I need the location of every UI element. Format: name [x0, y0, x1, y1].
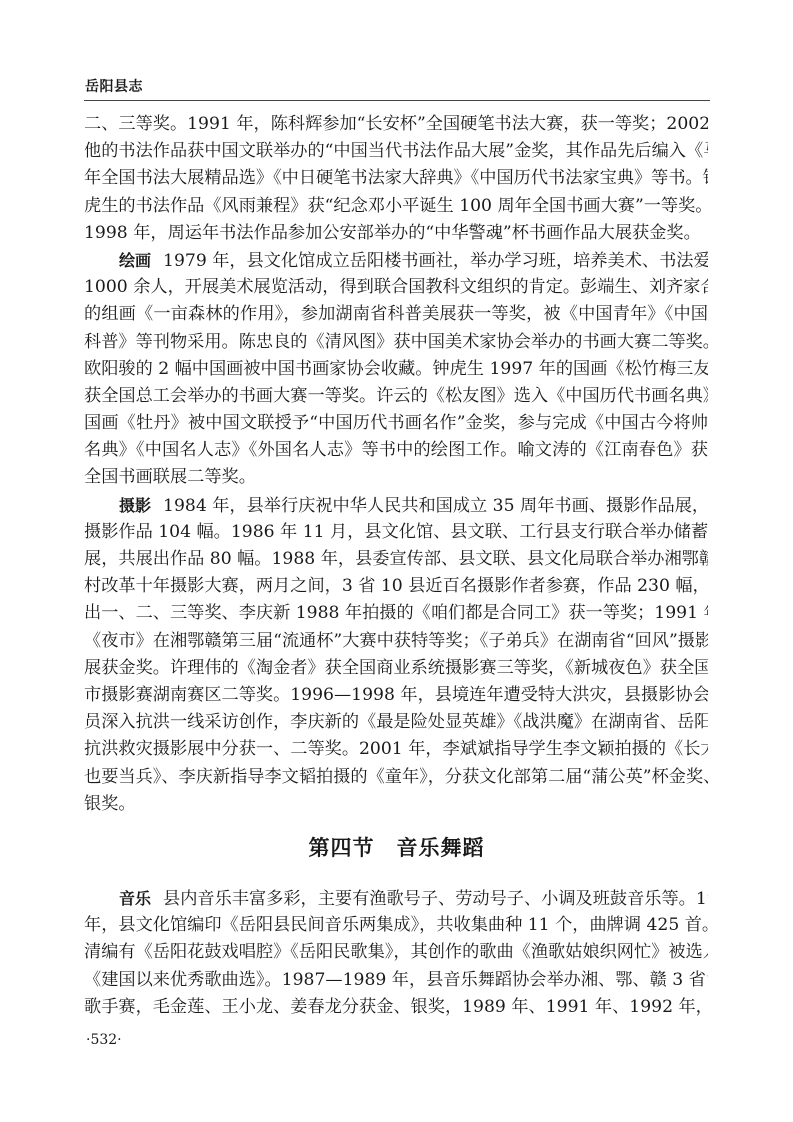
- paragraph-keyword: 摄影: [119, 496, 151, 515]
- text-line: 县内音乐丰富多彩，主要有渔歌号子、劳动号子、小调及班鼓音乐等。1985: [163, 889, 708, 909]
- body-text-lower: 音乐县内音乐丰富多彩，主要有渔歌号子、劳动号子、小调及班鼓音乐等。1985 年，…: [84, 885, 708, 1021]
- text-line: 获全国总工会举办的书画大赛一等奖。许云的《松友图》选入《中国历代书画名典》，: [84, 383, 708, 410]
- text-line: 1998 年，周运年书法作品参加公安部举办的“中华警魂”杯书画作品大展获金奖。: [84, 220, 708, 247]
- text-line: 摄影作品 104 幅。1986 年 11 月，县文化馆、县文联、工行县支行联合举…: [84, 519, 708, 546]
- header-rule: [84, 100, 710, 101]
- text-line: 也要当兵》、李庆新指导李文韬拍摄的《童年》，分获文化部第二届“蒲公英”杯金奖、: [84, 764, 708, 791]
- text-line: 全国书画联展二等奖。: [84, 464, 708, 491]
- paragraph-painting: 绘画1979 年，县文化馆成立岳阳楼书画社，举办学习班，培养美术、书法爱好者 1…: [84, 247, 708, 492]
- text-line: 他的书法作品获中国文联举办的“中国当代书法作品大展”金奖，其作品先后编入《马: [84, 138, 708, 165]
- text-line: 名典》《中国名人志》《外国名人志》等书中的绘图工作。喻文涛的《江南春色》获: [84, 437, 708, 464]
- text-line-first: 绘画1979 年，县文化馆成立岳阳楼书画社，举办学习班，培养美术、书法爱好者: [84, 247, 708, 274]
- text-line: 清编有《岳阳花鼓戏唱腔》《岳阳民歌集》，其创作的歌曲《渔歌姑娘织网忙》被选入: [84, 939, 708, 966]
- text-line: 展，共展出作品 80 幅。1988 年，县委宣传部、县文联、县文化局联合举办湘鄂…: [84, 546, 708, 573]
- text-line: 歌手赛，毛金莲、王小龙、姜春龙分获金、银奖，1989 年、1991 年、1992…: [84, 994, 708, 1021]
- text-line: 展获金奖。许理伟的《淘金者》获全国商业系统摄影赛三等奖，《新城夜色》获全国城: [84, 655, 708, 682]
- section-number: 第四节: [309, 836, 375, 860]
- paragraph-keyword: 绘画: [119, 251, 151, 270]
- text-line: 银奖。: [84, 791, 708, 818]
- page-number: ·532·: [86, 1032, 122, 1048]
- text-line: 《建国以来优秀歌曲选》。1987—1989 年，县音乐舞蹈协会举办湘、鄂、赣 3…: [84, 967, 708, 994]
- text-line-first: 音乐县内音乐丰富多彩，主要有渔歌号子、劳动号子、小调及班鼓音乐等。1985: [84, 885, 708, 912]
- running-header-title: 岳阳县志: [85, 76, 143, 96]
- text-line: 的组画《一亩森林的作用》，参加湖南省科普美展获一等奖，被《中国青年》《中国: [84, 301, 708, 328]
- text-line: 市摄影赛湖南赛区二等奖。1996—1998 年，县境连年遭受特大洪灾，县摄影协会…: [84, 682, 708, 709]
- paragraph-music: 音乐县内音乐丰富多彩，主要有渔歌号子、劳动号子、小调及班鼓音乐等。1985 年，…: [84, 885, 708, 1021]
- text-line: 员深入抗洪一线采访创作，李庆新的《最是险处显英雄》《战洪魔》在湖南省、岳阳市: [84, 709, 708, 736]
- text-line: 年全国书法大展精品选》《中日硬笔书法家大辞典》《中国历代书法家宝典》等书。钟: [84, 165, 708, 192]
- text-line: 《夜市》在湘鄂赣第三届“流通杯”大赛中获特等奖；《子弟兵》在湖南省“回风”摄影: [84, 628, 708, 655]
- text-line: 1000 余人，开展美术展览活动，得到联合国教科文组织的肯定。彭端生、刘齐家合作: [84, 274, 708, 301]
- text-line: 村改革十年摄影大赛，两月之间，3 省 10 县近百名摄影作者参赛，作品 230 …: [84, 573, 708, 600]
- text-line: 1984 年，县举行庆祝中华人民共和国成立 35 周年书画、摄影作品展，共展出: [163, 496, 708, 516]
- text-line: 国画《牡丹》被中国文联授予“中国历代书画名作”金奖，参与完成《中国古今将帅: [84, 410, 708, 437]
- text-line: 抗洪救灾摄影展中分获一、二等奖。2001 年，李斌斌指导学生李文颖拍摄的《长大了…: [84, 736, 708, 763]
- section-heading: 第四节音乐舞蹈: [0, 832, 793, 862]
- paragraph-photography: 摄影1984 年，县举行庆祝中华人民共和国成立 35 周年书画、摄影作品展，共展…: [84, 492, 708, 818]
- text-line-first: 摄影1984 年，县举行庆祝中华人民共和国成立 35 周年书画、摄影作品展，共展…: [84, 492, 708, 519]
- text-line: 科普》等刊物采用。陈忠良的《清风图》获中国美术家协会举办的书画大赛二等奖。: [84, 329, 708, 356]
- text-line: 二、三等奖。1991 年，陈科辉参加“长安杯”全国硬笔书法大赛，获一等奖；200…: [84, 111, 708, 138]
- section-title-text: 音乐舞蹈: [397, 836, 485, 860]
- body-text-upper: 二、三等奖。1991 年，陈科辉参加“长安杯”全国硬笔书法大赛，获一等奖；200…: [84, 111, 708, 818]
- text-line: 1979 年，县文化馆成立岳阳楼书画社，举办学习班，培养美术、书法爱好者: [163, 251, 708, 271]
- text-line: 欧阳骏的 2 幅中国画被中国书画家协会收藏。钟虎生 1997 年的国画《松竹梅三…: [84, 356, 708, 383]
- text-line: 出一、二、三等奖、李庆新 1988 年拍摄的《咱们都是合同工》获一等奖；1991…: [84, 600, 708, 627]
- paragraph-keyword: 音乐: [119, 889, 151, 908]
- text-line: 虎生的书法作品《风雨兼程》获“纪念邓小平诞生 100 周年全国书画大赛”一等奖。: [84, 193, 708, 220]
- paragraph-calligraphy-continuation: 二、三等奖。1991 年，陈科辉参加“长安杯”全国硬笔书法大赛，获一等奖；200…: [84, 111, 708, 247]
- text-line: 年，县文化馆编印《岳阳县民间音乐两集成》，共收集曲种 11 个，曲牌调 425 …: [84, 912, 708, 939]
